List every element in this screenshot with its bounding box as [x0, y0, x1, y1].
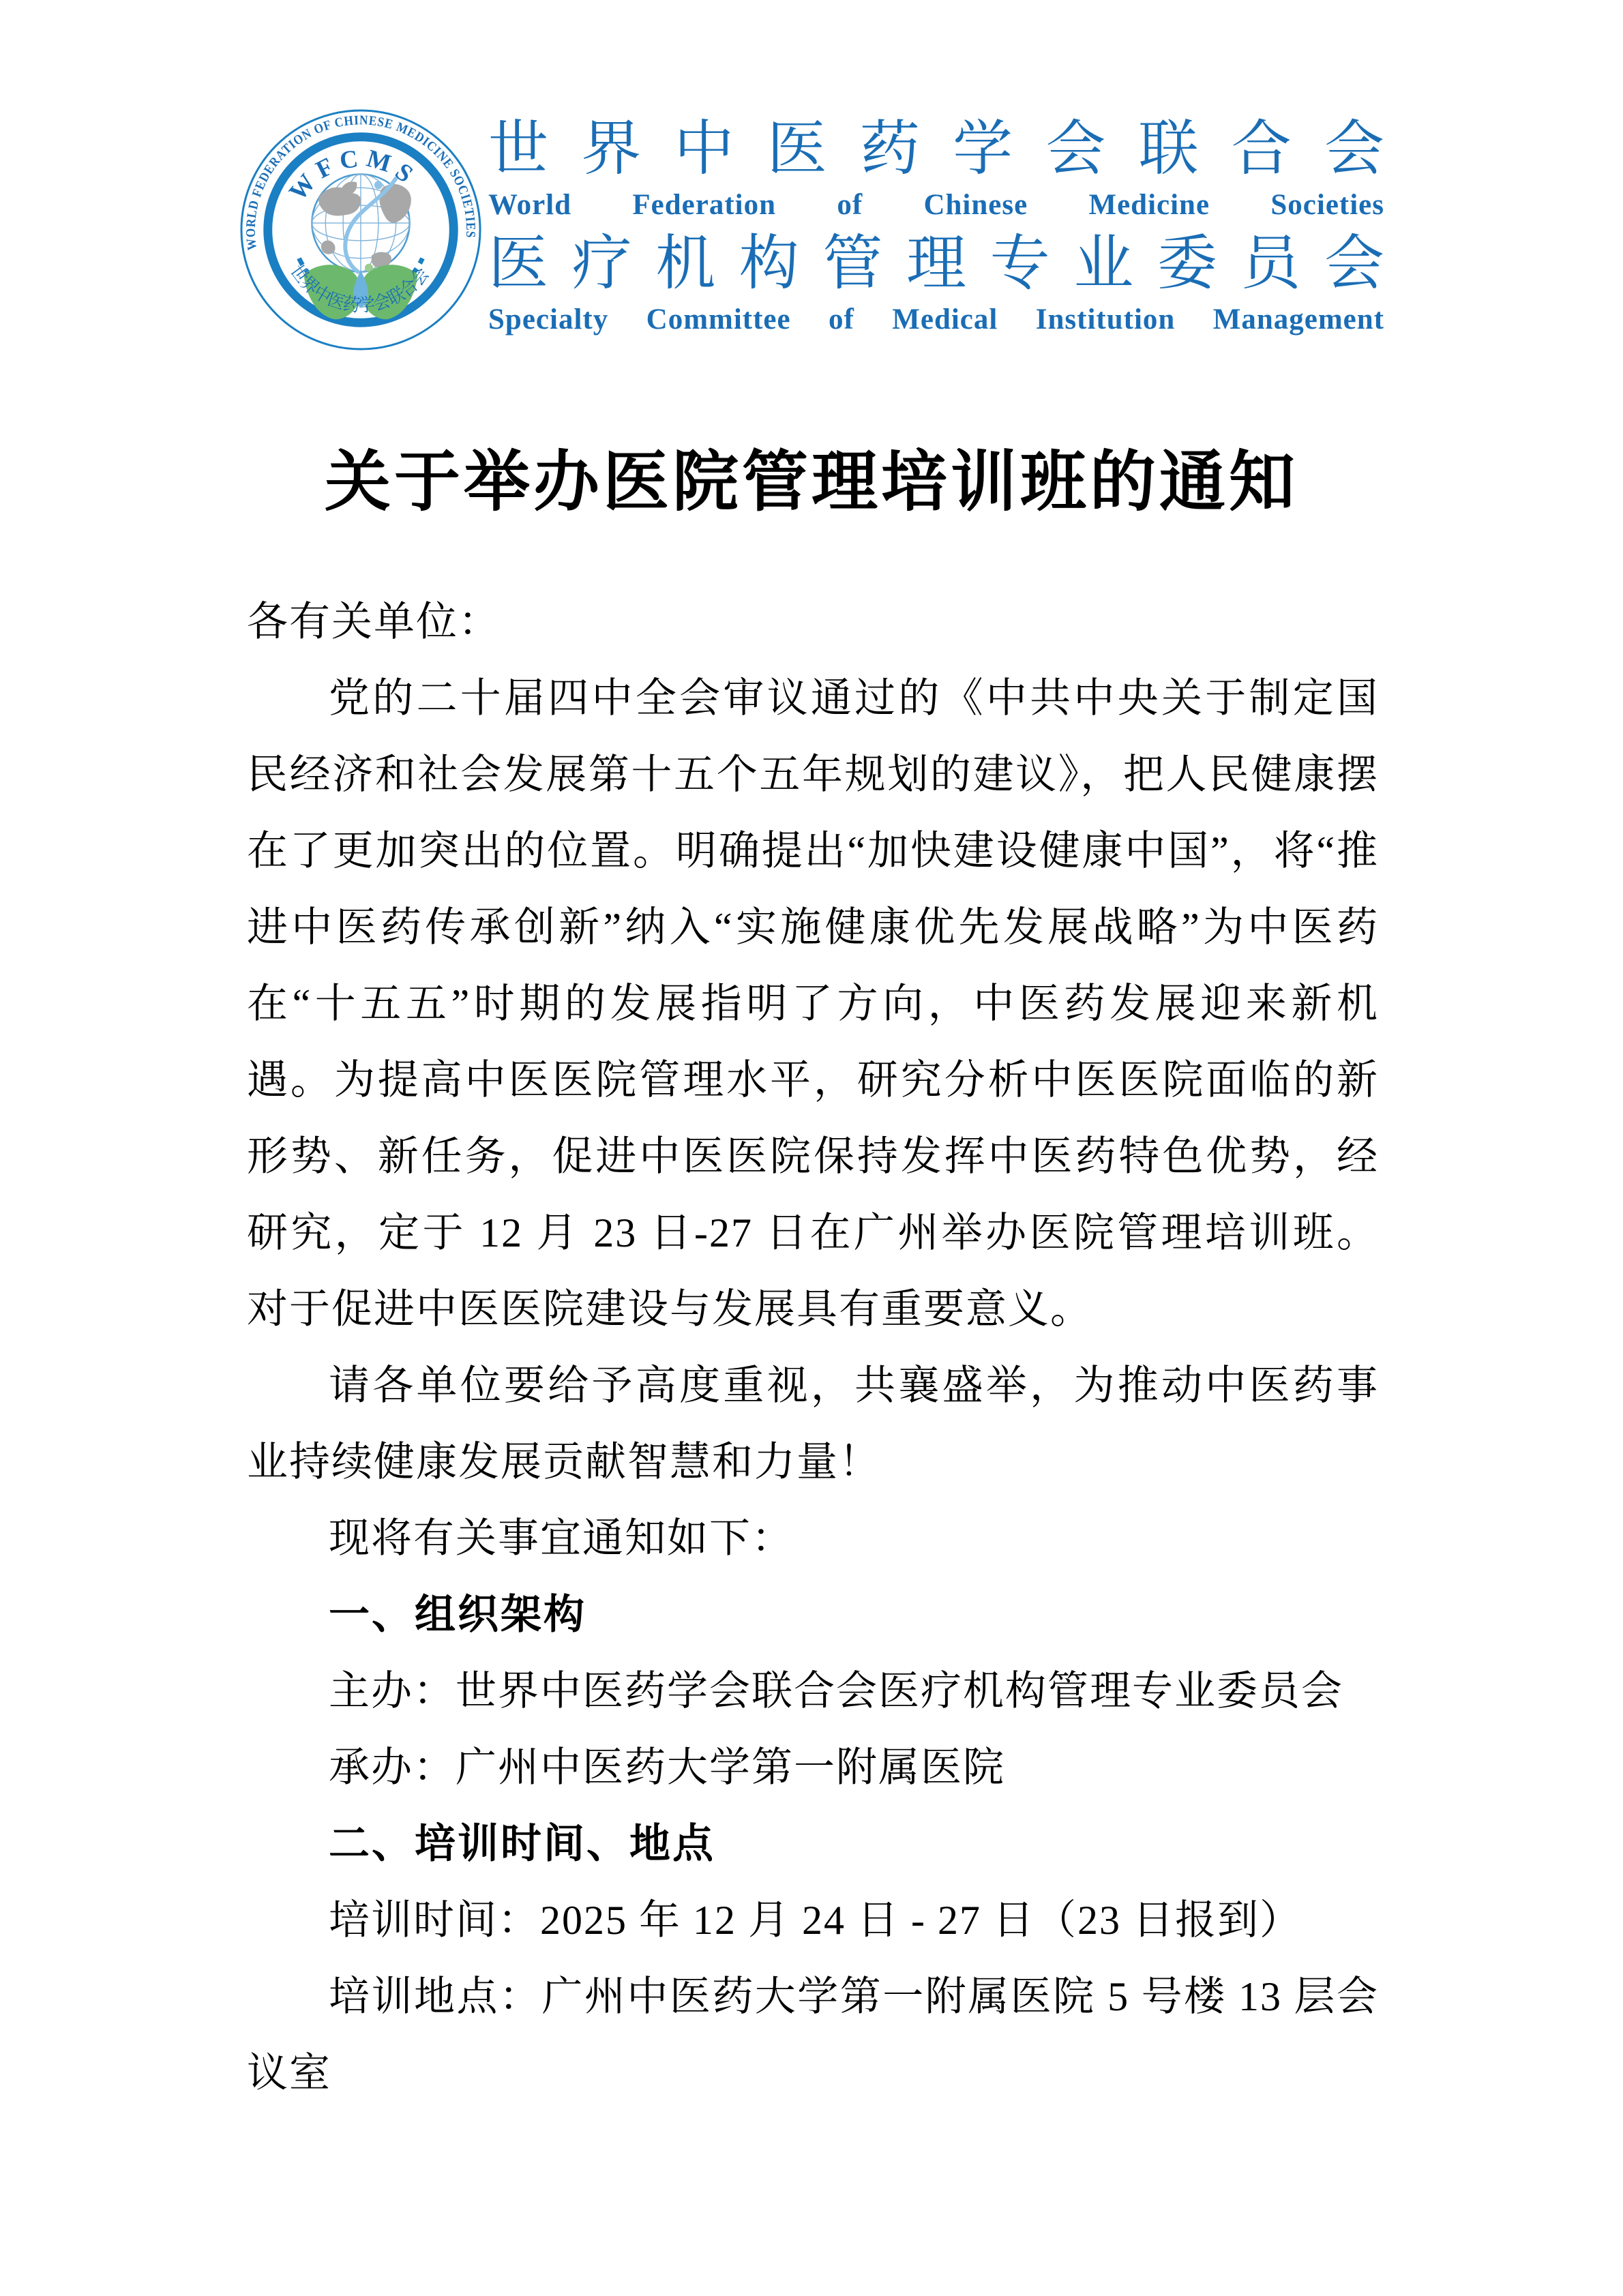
globe-icon	[312, 174, 411, 271]
committee-name-cn: 医疗机构管理专业委员会	[488, 233, 1384, 296]
org-name-block: 世界中医药学会联合会 World Federation of Chinese M…	[488, 108, 1384, 335]
org-logo: WORLD FEDERATION OF CHINESE MEDICINE SOC…	[239, 108, 483, 352]
org-name-en: World Federation of Chinese Medicine Soc…	[488, 190, 1384, 220]
notice-page: WORLD FEDERATION OF CHINESE MEDICINE SOC…	[0, 0, 1623, 2296]
training-time-line: 培训时间：2025 年 12 月 24 日 - 27 日（23 日报到）	[247, 1882, 1379, 1958]
organizer-line: 承办：广州中医药大学第一附属医院	[247, 1729, 1379, 1806]
host-line: 主办：世界中医药学会联合会医疗机构管理专业委员会	[247, 1653, 1379, 1729]
paragraph-intro-items: 现将有关事宜通知如下：	[247, 1500, 1379, 1577]
section-heading-time-place: 二、培训时间、地点	[247, 1806, 1379, 1882]
notice-body: 各有关单位： 党的二十届四中全会审议通过的《中共中央关于制定国民经济和社会发展第…	[247, 584, 1379, 2111]
notice-title: 关于举办医院管理培训班的通知	[245, 442, 1378, 522]
salutation: 各有关单位：	[247, 584, 1379, 660]
org-name-cn: 世界中医药学会联合会	[488, 119, 1384, 181]
committee-name-en: Specialty Committee of Medical Instituti…	[488, 304, 1384, 335]
paragraph-background: 党的二十届四中全会审议通过的《中共中央关于制定国民经济和社会发展第十五个五年规划…	[247, 660, 1379, 1347]
paragraph-appeal: 请各单位要给予高度重视，共襄盛举，为推动中医药事业持续健康发展贡献智慧和力量！	[247, 1347, 1379, 1500]
training-place-line: 培训地点：广州中医药大学第一附属医院 5 号楼 13 层会议室	[247, 1958, 1379, 2111]
letterhead: WORLD FEDERATION OF CHINESE MEDICINE SOC…	[239, 108, 1384, 352]
section-heading-organization: 一、组织架构	[247, 1577, 1379, 1653]
